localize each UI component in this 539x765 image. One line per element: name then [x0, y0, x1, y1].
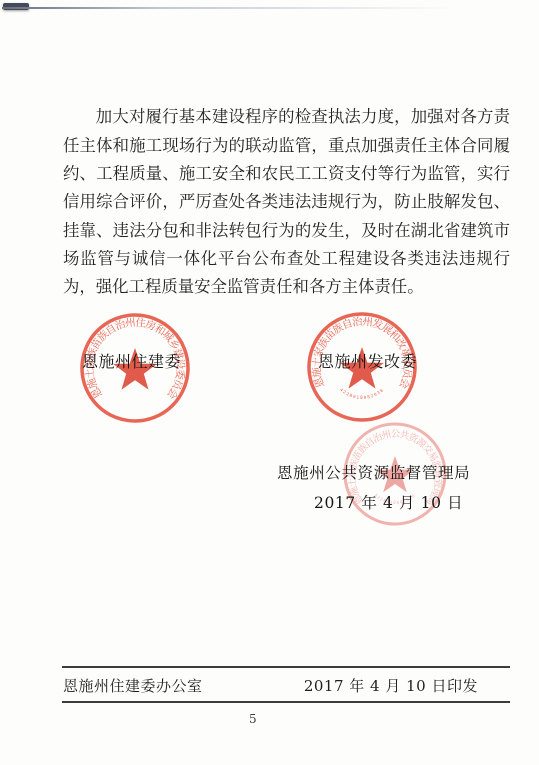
- document-page: 加大对履行基本建设程序的检查执法力度，加强对各方责任主体和施工现场行为的联动监管…: [0, 0, 539, 765]
- footer-issuing-office: 恩施州住建委办公室: [63, 675, 203, 696]
- seal-code: 4228010082038: [339, 387, 385, 400]
- footer-rule-top: [62, 666, 510, 668]
- seal-label-reform: 恩施州发改委: [318, 349, 417, 372]
- scan-artifact-line: [2, 7, 457, 9]
- page-number: 5: [249, 712, 257, 726]
- body-paragraph: 加大对履行基本建设程序的检查执法力度，加强对各方责任主体和施工现场行为的联动监管…: [63, 103, 510, 301]
- footer-rule-bottom: [62, 701, 510, 703]
- signature-agency: 恩施州公共资源监督管理局: [277, 461, 470, 483]
- signature-date: 2017 年 4 月 10 日: [314, 491, 463, 513]
- footer-print-date: 2017 年 4 月 10 日印发: [304, 675, 478, 696]
- seal-label-housing: 恩施州住建委: [82, 349, 181, 372]
